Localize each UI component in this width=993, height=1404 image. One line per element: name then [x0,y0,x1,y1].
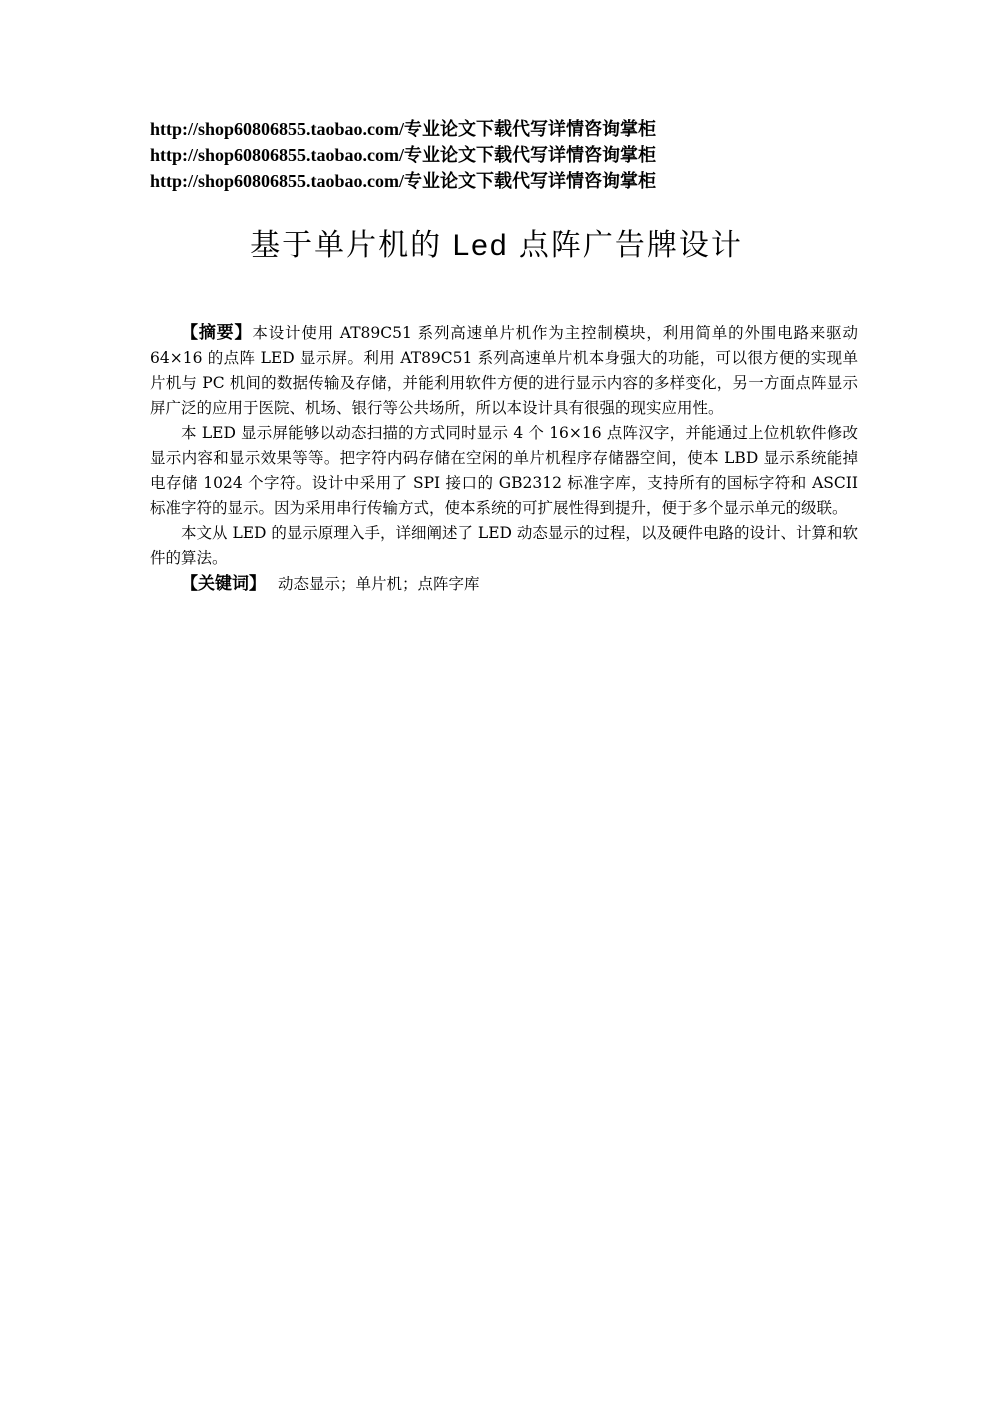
header-links: http://shop60806855.taobao.com/专业论文下载代写详… [150,116,656,194]
taobao-link-line-2[interactable]: http://shop60806855.taobao.com/专业论文下载代写详… [150,142,656,168]
taobao-link-line-1[interactable]: http://shop60806855.taobao.com/专业论文下载代写详… [150,116,656,142]
abstract-section: 【摘要】本设计使用 AT89C51 系列高速单片机作为主控制模块，利用简单的外围… [150,320,858,597]
abstract-paragraph-1-text: 本设计使用 AT89C51 系列高速单片机作为主控制模块，利用简单的外围电路来驱… [150,324,858,417]
abstract-paragraph-2: 本 LED 显示屏能够以动态扫描的方式同时显示 4 个 16×16 点阵汉字，并… [150,421,858,521]
document-page: http://shop60806855.taobao.com/专业论文下载代写详… [0,0,993,1404]
abstract-label: 【摘要】 [181,323,252,342]
keywords-label: 【关键词】 [181,574,266,593]
abstract-paragraph-3: 本文从 LED 的显示原理入手，详细阐述了 LED 动态显示的过程，以及硬件电路… [150,521,858,571]
page-title: 基于单片机的 Led 点阵广告牌设计 [0,220,993,264]
keywords-line: 【关键词】动态显示；单片机；点阵字库 [150,571,858,597]
taobao-link-line-3[interactable]: http://shop60806855.taobao.com/专业论文下载代写详… [150,168,656,194]
keywords-text: 动态显示；单片机；点阵字库 [278,575,480,593]
abstract-paragraph-1: 【摘要】本设计使用 AT89C51 系列高速单片机作为主控制模块，利用简单的外围… [150,320,858,421]
